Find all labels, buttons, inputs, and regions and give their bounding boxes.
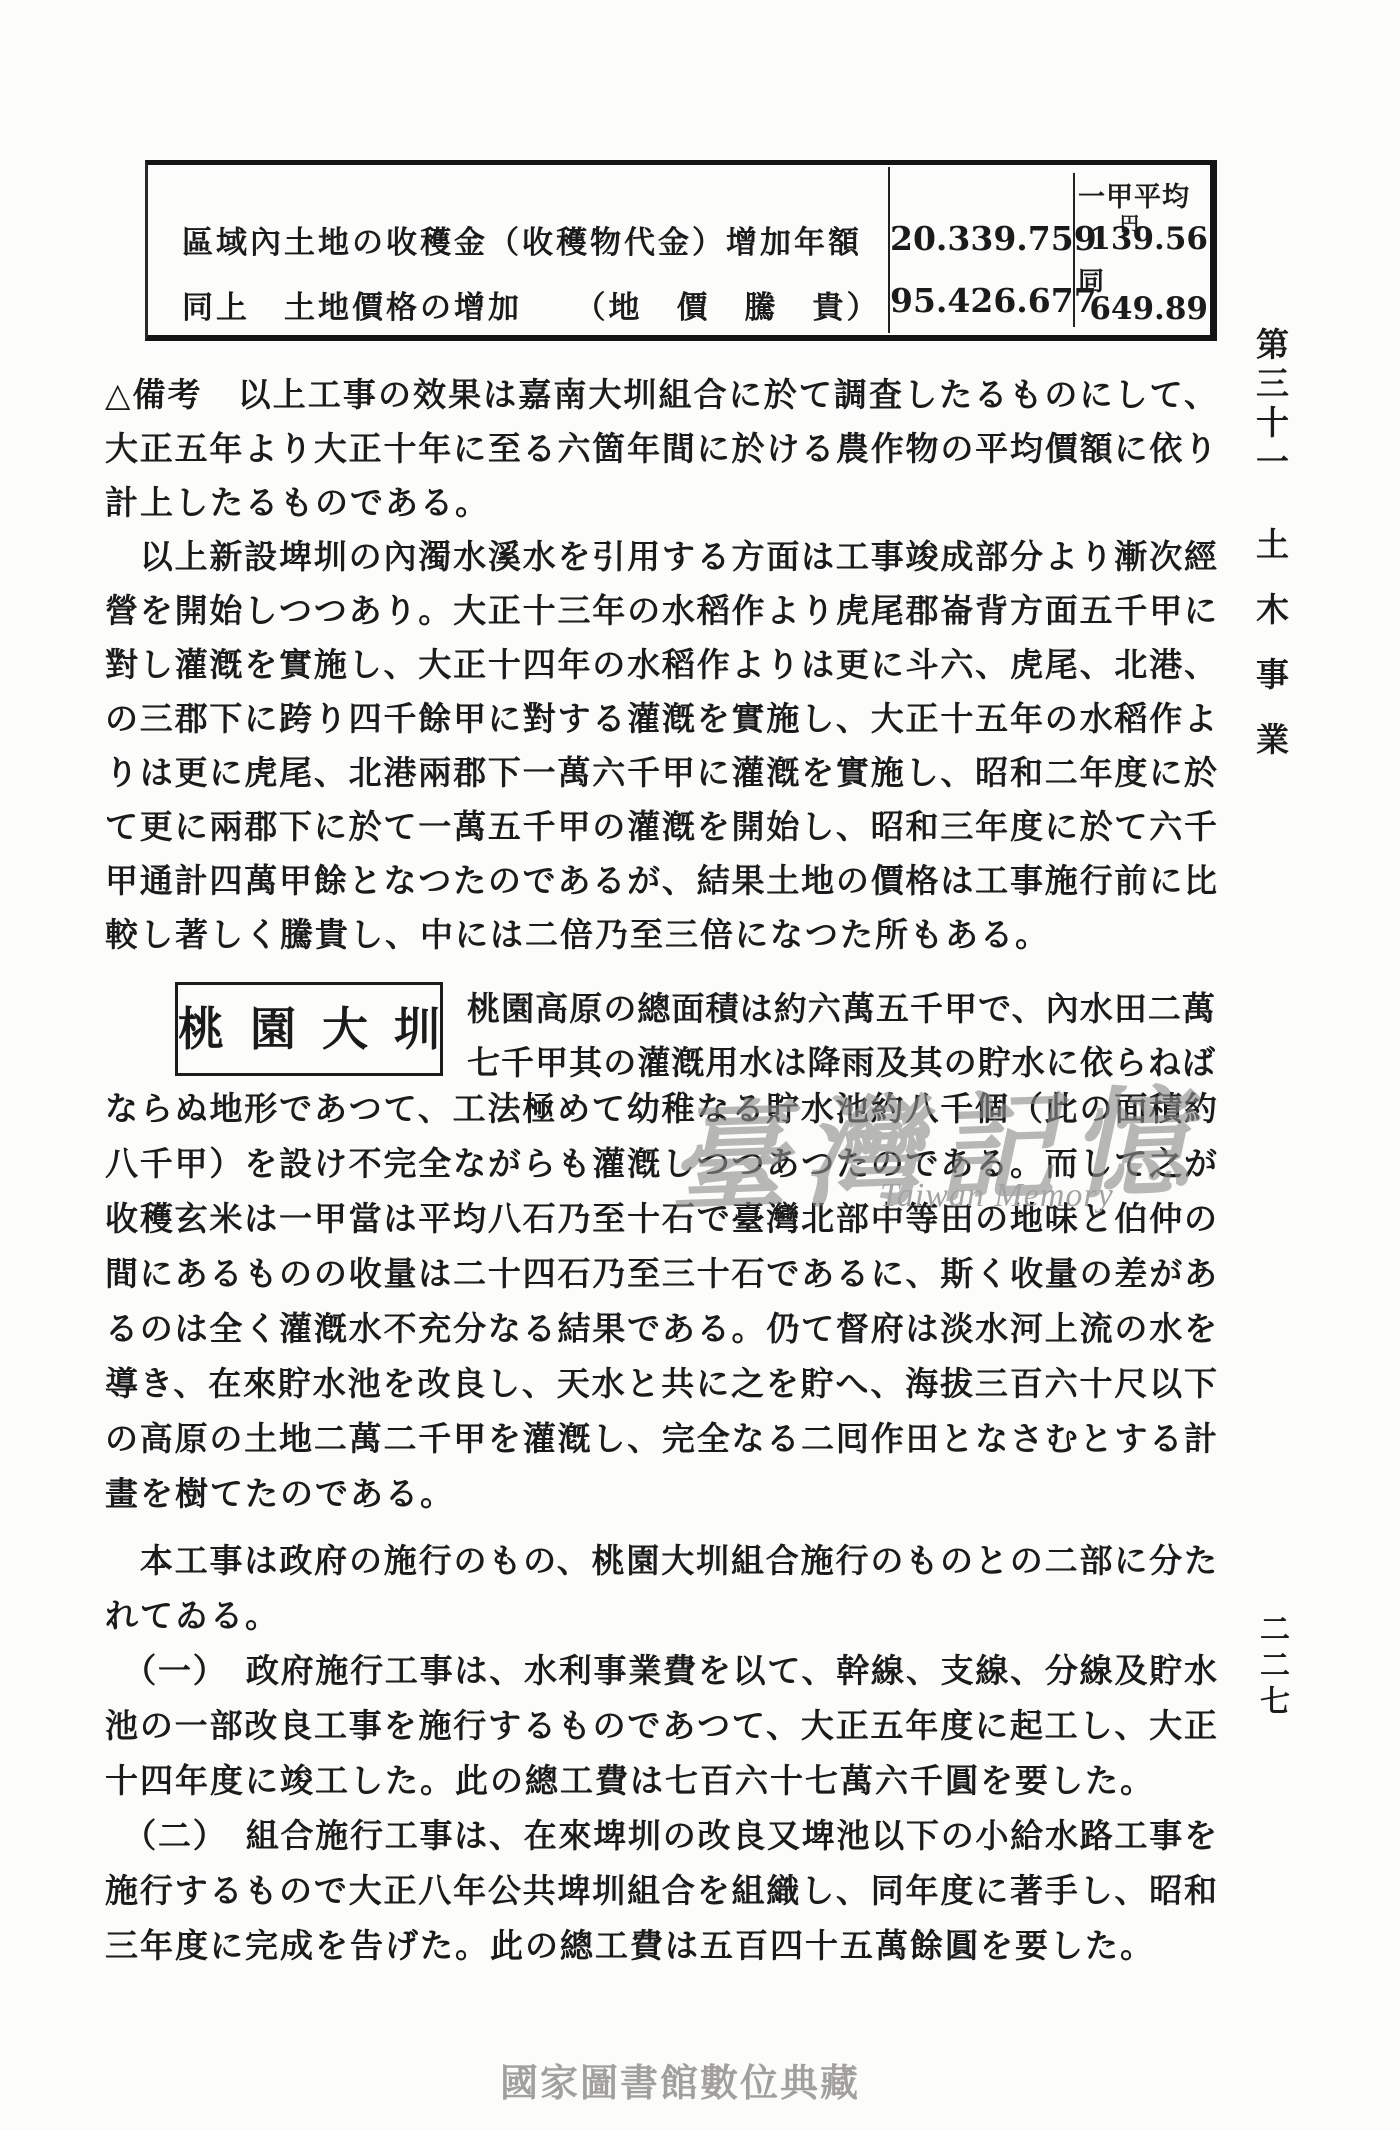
table-row-label: 區域內土地の收穫金（收穫物代金）增加年額 [182, 217, 862, 262]
section-intro-lines: 桃園高原の總面積は約六萬五千甲で、內水田二萬 七千甲其の灌漑用水は降雨及其の貯水… [467, 982, 1215, 1090]
table-avg-value: 649.89 [1078, 291, 1208, 327]
table-row-value: 20.339.759 [890, 219, 1068, 258]
paragraph-block-1: △備考 以上工事の效果は嘉南大圳組合に於て調査したるものにして、 大正五年より大… [105, 368, 1217, 962]
text-line: 較し著しく騰貴し、中には二倍乃至三倍になつた所もある。 [105, 908, 1217, 962]
scanned-document-page: 區域內土地の收穫金（收穫物代金）增加年額 同上 土地價格の增加 （地 價 騰 貴… [0, 0, 1400, 2130]
page-number: 二二七 [1249, 1613, 1293, 1721]
margin-chapter-header: 第三十一土木事業 [1247, 327, 1294, 787]
table-avg-column-header: 一甲平均 [1078, 175, 1216, 214]
section-heading-box: 桃園大圳 [175, 982, 443, 1076]
text-line: 間にあるものの收量は二十四石乃至三十石であるに、斯く收量の差があ [105, 1246, 1217, 1301]
text-line: るのは全く灌漑水不充分なる結果である。仍て督府は淡水河上流の水を [105, 1301, 1217, 1356]
text-line: 甲通計四萬甲餘となつたのであるが、結果土地の價格は工事施行前に比 [105, 854, 1217, 908]
text-line: れてゐる。 [105, 1588, 1217, 1643]
text-line: （二） 組合施行工事は、在來埤圳の改良又埤池以下の小給水路工事を [105, 1808, 1217, 1863]
text-line: て更に兩郡下に於て一萬五千甲の灌漑を開始し、昭和三年度に於て六千 [105, 800, 1217, 854]
text-line: 池の一部改良工事を施行するものであつて、大正五年度に起工し、大正 [105, 1698, 1217, 1753]
text-line: の高原の土地二萬二千甲を灌漑し、完全なる二囘作田となさむとする計 [105, 1411, 1217, 1466]
text-line: 施行するもので大正八年公共埤圳組合を組織し、同年度に著手し、昭和 [105, 1863, 1217, 1918]
text-line: 本工事は政府の施行のもの、桃園大圳組合施行のものとの二部に分た [105, 1533, 1217, 1588]
paragraph-block-2: ならぬ地形であつて、工法極めて幼稚なる貯水池約八千個（此の面積約 八千甲）を設け… [105, 1081, 1217, 1521]
statistics-table: 區域內土地の收穫金（收穫物代金）增加年額 同上 土地價格の增加 （地 價 騰 貴… [145, 160, 1217, 341]
text-line: の三郡下に跨り四千餘甲に對する灌漑を實施し、大正十五年の水稻作よ [105, 692, 1217, 746]
text-line: 十四年度に竣工した。此の總工費は七百六十七萬六千圓を要した。 [105, 1753, 1217, 1808]
text-line: 大正五年より大正十年に至る六箇年間に於ける農作物の平均價額に依り [105, 422, 1217, 476]
paragraph-block-3: 本工事は政府の施行のもの、桃園大圳組合施行のものとの二部に分た れてゐる。 （一… [105, 1533, 1217, 1973]
library-footer: 國家圖書館數位典藏 [500, 2052, 860, 2107]
text-line: △備考 以上工事の效果は嘉南大圳組合に於て調査したるものにして、 [105, 368, 1217, 422]
text-line: 對し灌漑を實施し、大正十四年の水稻作よりは更に斗六、虎尾、北港、 [105, 638, 1217, 692]
text-line: 八千甲）を設け不完全ながらも灌漑しつつあつたのである。而して之が [105, 1136, 1217, 1191]
chapter-number: 第三十一 [1251, 327, 1290, 483]
text-line: 以上新設埤圳の內濁水溪水を引用する方面は工事竣成部分より漸次經 [105, 530, 1217, 584]
text-line: 導き、在來貯水池を改良し、天水と共に之を貯へ、海拔三百六十尺以下 [105, 1356, 1217, 1411]
text-line: 計上したるものである。 [105, 476, 1217, 530]
text-line: 桃園高原の總面積は約六萬五千甲で、內水田二萬 [467, 982, 1215, 1036]
text-line: りは更に虎尾、北港兩郡下一萬六千甲に灌漑を實施し、昭和二年度に於 [105, 746, 1217, 800]
table-avg-value: 139.56 [1078, 221, 1208, 257]
text-line: 營を開始しつつあり。大正十三年の水稻作より虎尾郡崙背方面五千甲に [105, 584, 1217, 638]
table-row-value: 95.426.677 [890, 281, 1068, 320]
chapter-title: 土木事業 [1251, 527, 1290, 787]
text-line: 三年度に完成を告げた。此の總工費は五百四十五萬餘圓を要した。 [105, 1918, 1217, 1973]
section-taoyuan-canal: 桃園大圳 桃園高原の總面積は約六萬五千甲で、內水田二萬 七千甲其の灌漑用水は降雨… [105, 982, 1217, 1090]
table-row-label: 同上 土地價格の增加 （地 價 騰 貴） [182, 282, 881, 327]
text-line: 畫を樹てたのである。 [105, 1466, 1217, 1521]
text-line: 收穫玄米は一甲當は平均八石乃至十石で臺灣北部中等田の地味と伯仲の [105, 1191, 1217, 1246]
text-line: （一） 政府施行工事は、水利事業費を以て、幹線、支線、分線及貯水 [105, 1643, 1217, 1698]
section-heading-label: 桃園大圳 [178, 1002, 466, 1056]
text-line: ならぬ地形であつて、工法極めて幼稚なる貯水池約八千個（此の面積約 [105, 1081, 1217, 1136]
